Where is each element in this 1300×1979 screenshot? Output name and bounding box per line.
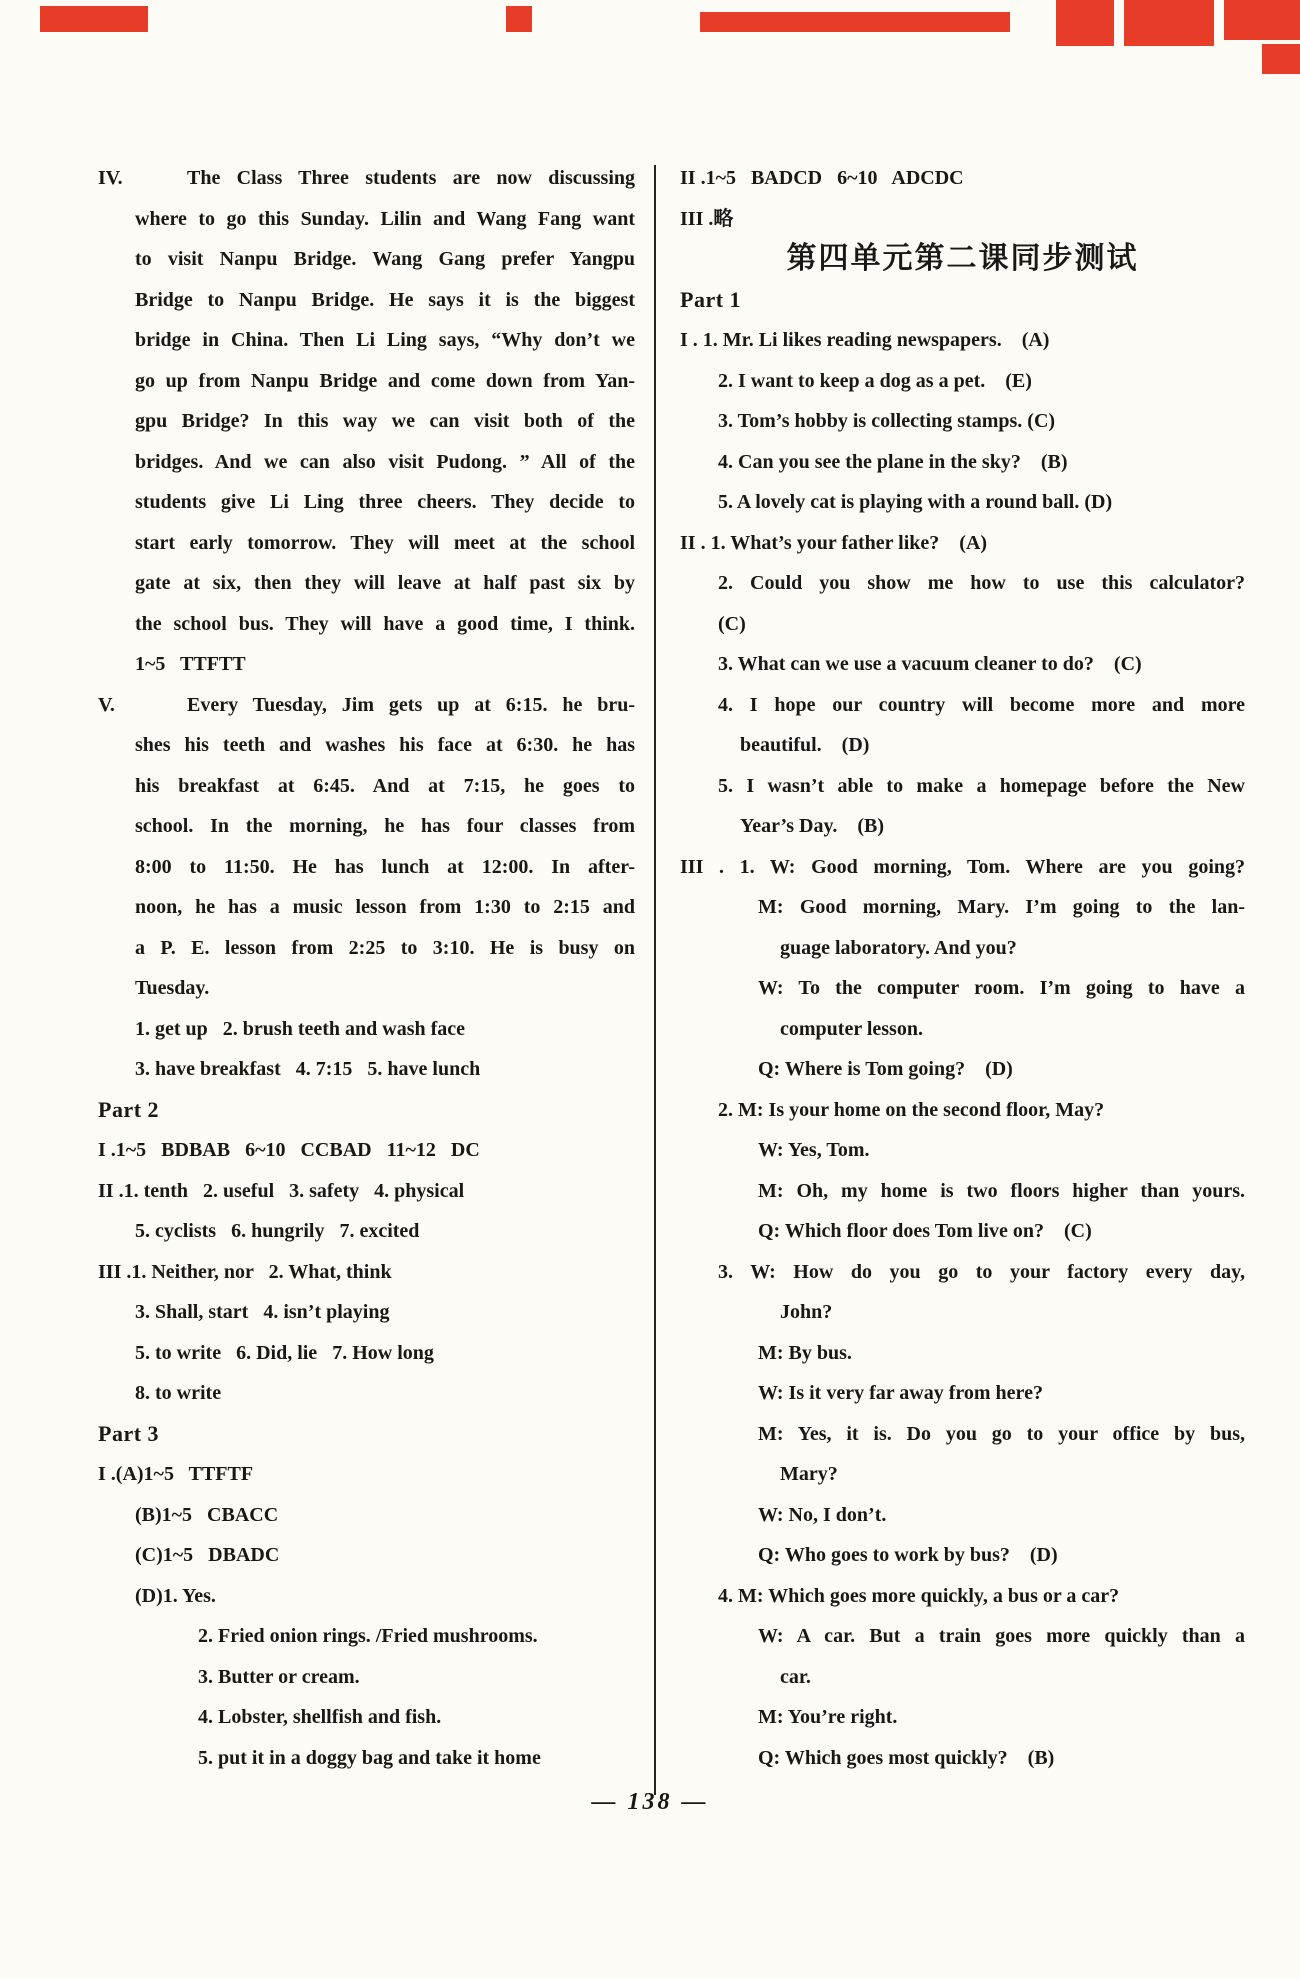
text-line: II .1~5 BADCD 6~10 ADCDC [680, 158, 1245, 199]
text-line: 5. A lovely cat is playing with a round … [680, 482, 1245, 523]
left-column: IV.The Class Three students are now disc… [98, 158, 635, 1778]
part-2-heading: Part 2 [98, 1090, 635, 1131]
decorative-red-block [700, 12, 1010, 32]
page-number: — 138 — [0, 1782, 1300, 1822]
text-line: I .(A)1~5 TTFTF [98, 1454, 635, 1495]
text-line: Mary? [680, 1454, 1245, 1495]
text-line: 2. Fried onion rings. /Fried mushrooms. [98, 1616, 635, 1657]
text-line: gate at six, then they will leave at hal… [98, 563, 635, 604]
decorative-red-block [1056, 0, 1114, 46]
text-line: shes his teeth and washes his face at 6:… [98, 725, 635, 766]
text-line: a P. E. lesson from 2:25 to 3:10. He is … [98, 928, 635, 969]
text-line: 8:00 to 11:50. He has lunch at 12:00. In… [98, 847, 635, 888]
decorative-red-block [1224, 0, 1300, 40]
answer-key-page: IV.The Class Three students are now disc… [0, 0, 1300, 1979]
text-line: bridge in China. Then Li Ling says, “Why… [98, 320, 635, 361]
text-line: noon, he has a music lesson from 1:30 to… [98, 887, 635, 928]
text-line: his breakfast at 6:45. And at 7:15, he g… [98, 766, 635, 807]
text-line: M: You’re right. [680, 1697, 1245, 1738]
text-line: Q: Where is Tom going? (D) [680, 1049, 1245, 1090]
text-line: W: Yes, Tom. [680, 1130, 1245, 1171]
text-line: (D)1. Yes. [98, 1576, 635, 1617]
text-line: M: Good morning, Mary. I’m going to the … [680, 887, 1245, 928]
text-line: 5. cyclists 6. hungrily 7. excited [98, 1211, 635, 1252]
text-line: W: Is it very far away from here? [680, 1373, 1245, 1414]
text-line: IV.The Class Three students are now disc… [98, 158, 635, 199]
text-line: M: Yes, it is. Do you go to your office … [680, 1414, 1245, 1455]
text-line: 4. Can you see the plane in the sky? (B) [680, 442, 1245, 483]
text-line: W: To the computer room. I’m going to ha… [680, 968, 1245, 1009]
text-line: go up from Nanpu Bridge and come down fr… [98, 361, 635, 402]
text-line: to visit Nanpu Bridge. Wang Gang prefer … [98, 239, 635, 280]
decorative-red-block [1124, 0, 1214, 46]
unit-test-heading: 第四单元第二课同步测试 [680, 239, 1245, 280]
text-line: bridges. And we can also visit Pudong. ”… [98, 442, 635, 483]
text-line: start early tomorrow. They will meet at … [98, 523, 635, 564]
text-line: Year’s Day. (B) [680, 806, 1245, 847]
text-line: W: A car. But a train goes more quickly … [680, 1616, 1245, 1657]
decorative-red-block [506, 6, 532, 32]
text-line: 2. M: Is your home on the second floor, … [680, 1090, 1245, 1131]
text-line: M: By bus. [680, 1333, 1245, 1374]
text-line: M: Oh, my home is two floors higher than… [680, 1171, 1245, 1212]
text-line: where to go this Sunday. Lilin and Wang … [98, 199, 635, 240]
text-line: beautiful. (D) [680, 725, 1245, 766]
text-line: I . 1. Mr. Li likes reading newspapers. … [680, 320, 1245, 361]
text-line: gpu Bridge? In this way we can visit bot… [98, 401, 635, 442]
text-line: (C) [680, 604, 1245, 645]
text-line: II .1. tenth 2. useful 3. safety 4. phys… [98, 1171, 635, 1212]
text-line: III .1. Neither, nor 2. What, think [98, 1252, 635, 1293]
text-line: III .略 [680, 199, 1245, 240]
section-numeral: IV. [98, 158, 123, 199]
text-line: 3. What can we use a vacuum cleaner to d… [680, 644, 1245, 685]
text-line: guage laboratory. And you? [680, 928, 1245, 969]
text-line: II . 1. What’s your father like? (A) [680, 523, 1245, 564]
text-line: school. In the morning, he has four clas… [98, 806, 635, 847]
text-line: Tuesday. [98, 968, 635, 1009]
text-line: 5. I wasn’t able to make a homepage befo… [680, 766, 1245, 807]
text-line: 4. M: Which goes more quickly, a bus or … [680, 1576, 1245, 1617]
text-line: Q: Who goes to work by bus? (D) [680, 1535, 1245, 1576]
column-divider [654, 165, 656, 1795]
text-line: III . 1. W: Good morning, Tom. Where are… [680, 847, 1245, 888]
text-line: I .1~5 BDBAB 6~10 CCBAD 11~12 DC [98, 1130, 635, 1171]
text-line: 3. Butter or cream. [98, 1657, 635, 1698]
text-line: 4. Lobster, shellfish and fish. [98, 1697, 635, 1738]
decorative-red-block [1262, 44, 1300, 74]
text-line: 3. Shall, start 4. isn’t playing [98, 1292, 635, 1333]
part-1-heading: Part 1 [680, 280, 1245, 321]
text-line: 3. W: How do you go to your factory ever… [680, 1252, 1245, 1293]
text-line: W: No, I don’t. [680, 1495, 1245, 1536]
text-line: (B)1~5 CBACC [98, 1495, 635, 1536]
text-line: car. [680, 1657, 1245, 1698]
section-numeral: V. [98, 685, 115, 726]
text-line: John? [680, 1292, 1245, 1333]
text-line: the school bus. They will have a good ti… [98, 604, 635, 645]
text-line: 2. I want to keep a dog as a pet. (E) [680, 361, 1245, 402]
text-line: 3. Tom’s hobby is collecting stamps. (C) [680, 401, 1245, 442]
text-line: 2. Could you show me how to use this cal… [680, 563, 1245, 604]
text-line: V.Every Tuesday, Jim gets up at 6:15. he… [98, 685, 635, 726]
text-line: Bridge to Nanpu Bridge. He says it is th… [98, 280, 635, 321]
text-line: computer lesson. [680, 1009, 1245, 1050]
text-line: 1. get up 2. brush teeth and wash face [98, 1009, 635, 1050]
text-line: Q: Which goes most quickly? (B) [680, 1738, 1245, 1779]
text-line: 3. have breakfast 4. 7:15 5. have lunch [98, 1049, 635, 1090]
text-line: 5. to write 6. Did, lie 7. How long [98, 1333, 635, 1374]
text-line: 5. put it in a doggy bag and take it hom… [98, 1738, 635, 1779]
text-line: 1~5 TTFTT [98, 644, 635, 685]
part-3-heading: Part 3 [98, 1414, 635, 1455]
page-number-text: — 138 — [592, 1789, 709, 1815]
text-line: 4. I hope our country will become more a… [680, 685, 1245, 726]
decorative-red-block [40, 6, 148, 32]
text-line: 8. to write [98, 1373, 635, 1414]
text-line: students give Li Ling three cheers. They… [98, 482, 635, 523]
text-line: (C)1~5 DBADC [98, 1535, 635, 1576]
right-column: II .1~5 BADCD 6~10 ADCDCIII .略第四单元第二课同步测… [680, 158, 1245, 1778]
text-line: Q: Which floor does Tom live on? (C) [680, 1211, 1245, 1252]
